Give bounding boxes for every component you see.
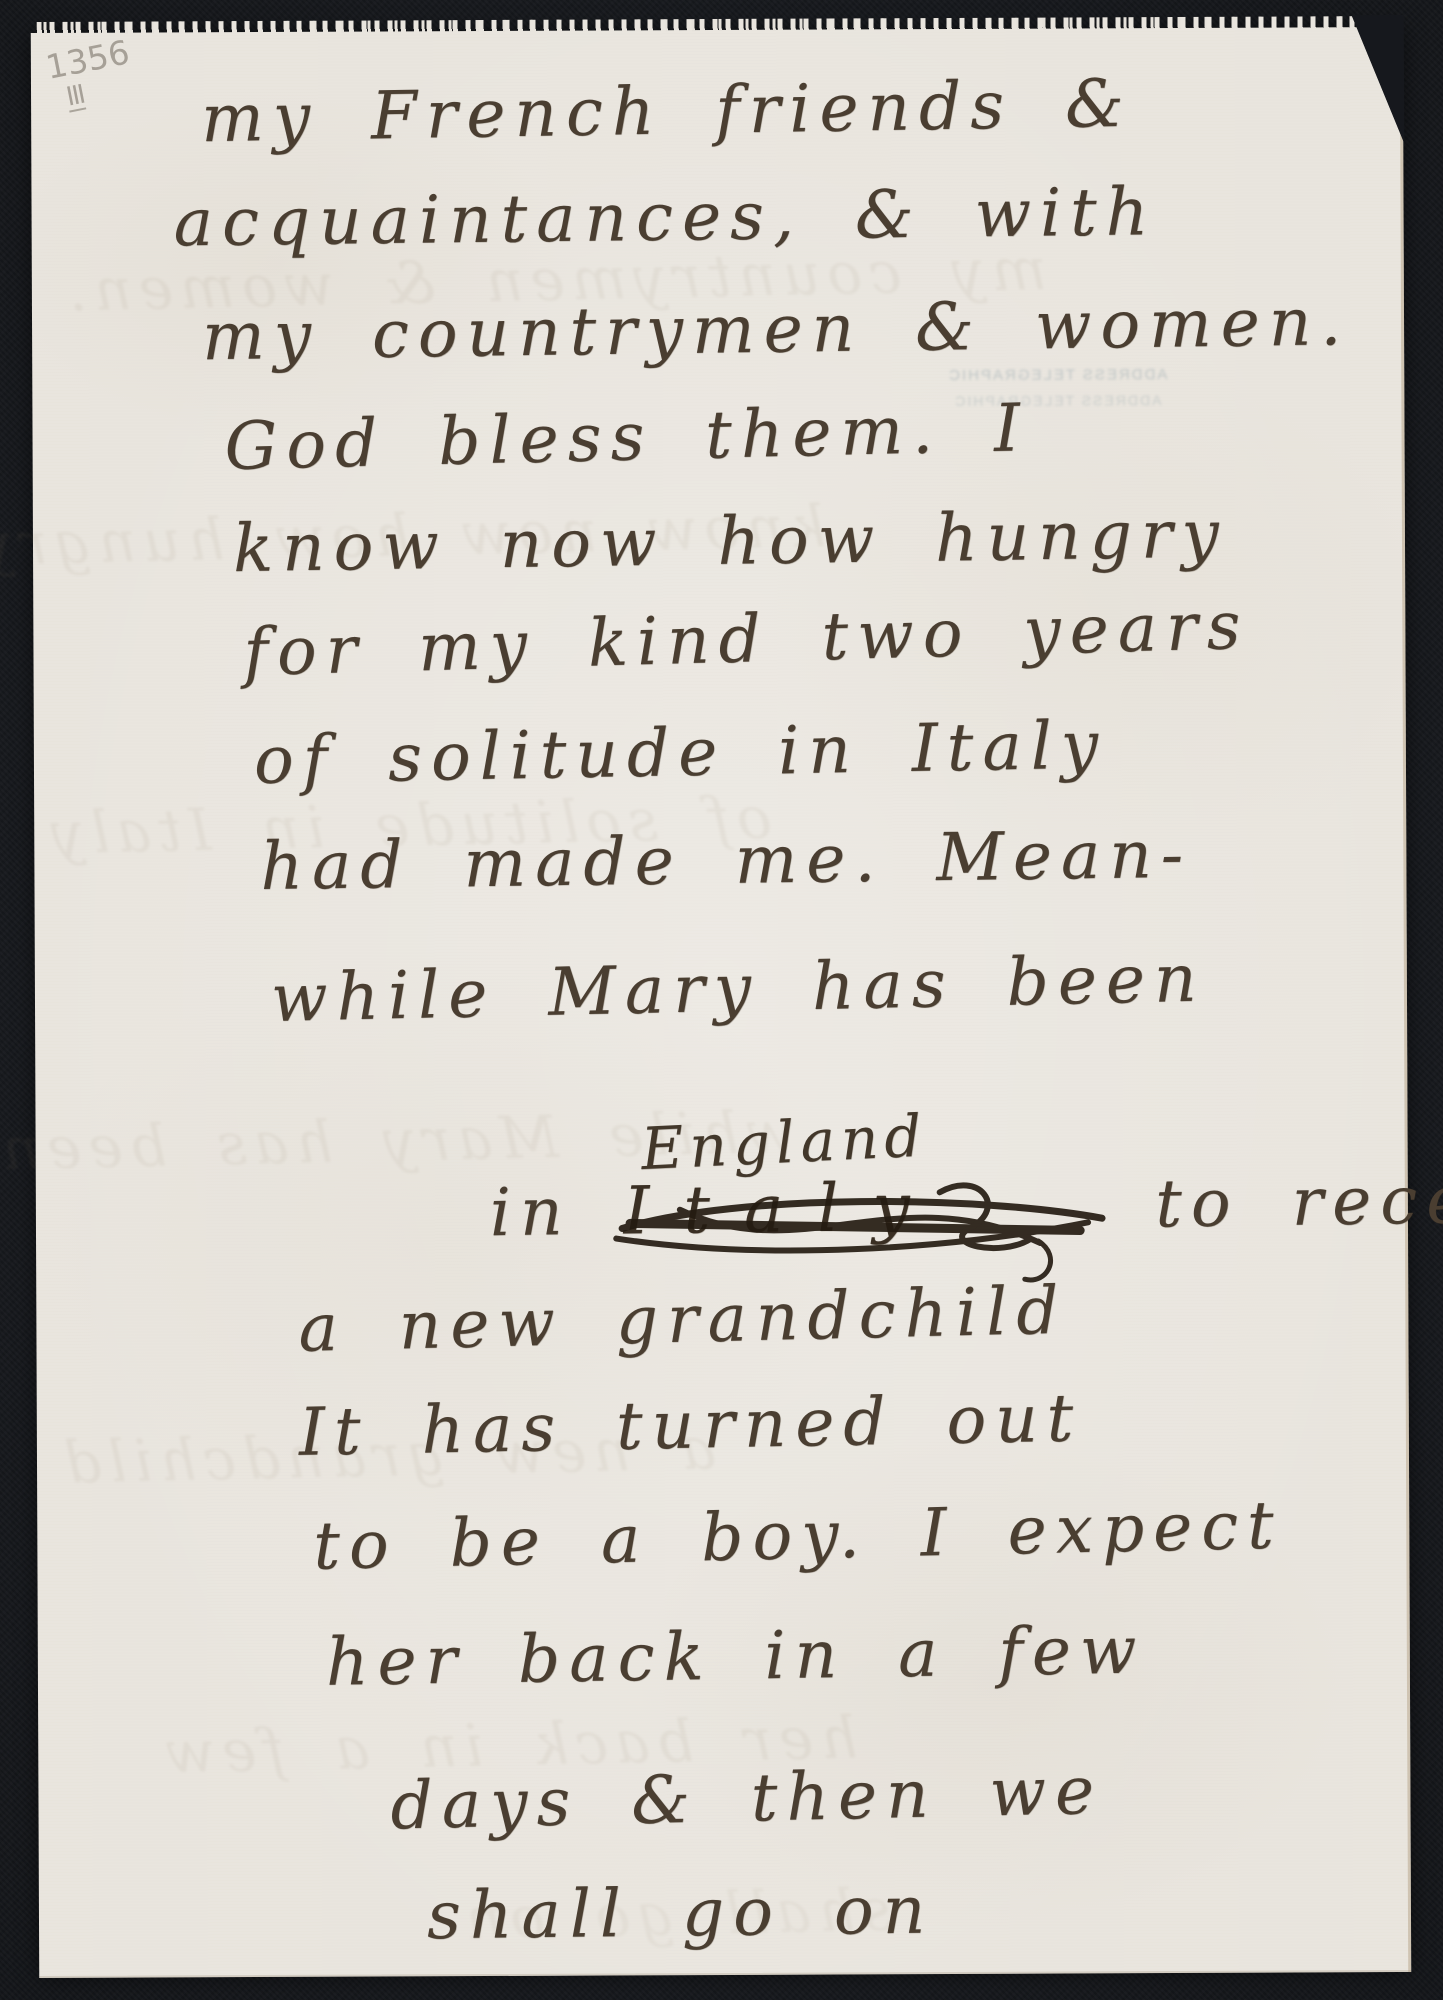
letter-page: 1356 III ADDRESS TELEGRAPHIC ADDRESS TEL…	[31, 27, 1411, 1978]
letter-line: It has turned out	[298, 1379, 1083, 1470]
letter-line: had made me. Mean-	[260, 816, 1193, 905]
letter-line: my countrymen & women.	[202, 283, 1351, 375]
letter-line: of solitude in Italy	[253, 706, 1107, 799]
correction-group: EnglandItaly	[623, 1166, 1104, 1249]
catalog-numeral: III	[64, 83, 86, 112]
letter-line: my French friends &	[201, 65, 1134, 157]
letterhead-bleed-line: ADDRESS TELEGRAPHIC	[937, 366, 1177, 384]
letter-line: know now how hungry	[232, 495, 1228, 587]
line-prefix: in	[489, 1172, 624, 1251]
letter-line: days & then we	[390, 1752, 1104, 1845]
letter-line: her back in a few	[325, 1612, 1146, 1701]
line-suffix: to receive	[1103, 1160, 1443, 1243]
letter-line: shall go on	[427, 1872, 935, 1955]
inserted-word: England	[639, 1102, 928, 1184]
catalog-number: 1356	[44, 37, 132, 83]
clipped-corner	[1352, 15, 1405, 143]
catalog-annotation: 1356 III	[44, 37, 139, 115]
letter-line: for my kind two years	[242, 587, 1250, 691]
letter-line: to be a boy. I expect	[313, 1487, 1284, 1585]
letter-line: acquaintances, & with	[173, 173, 1157, 261]
letter-line: while Mary has been	[270, 940, 1206, 1037]
letter-line: God bless them. I	[224, 389, 1030, 485]
